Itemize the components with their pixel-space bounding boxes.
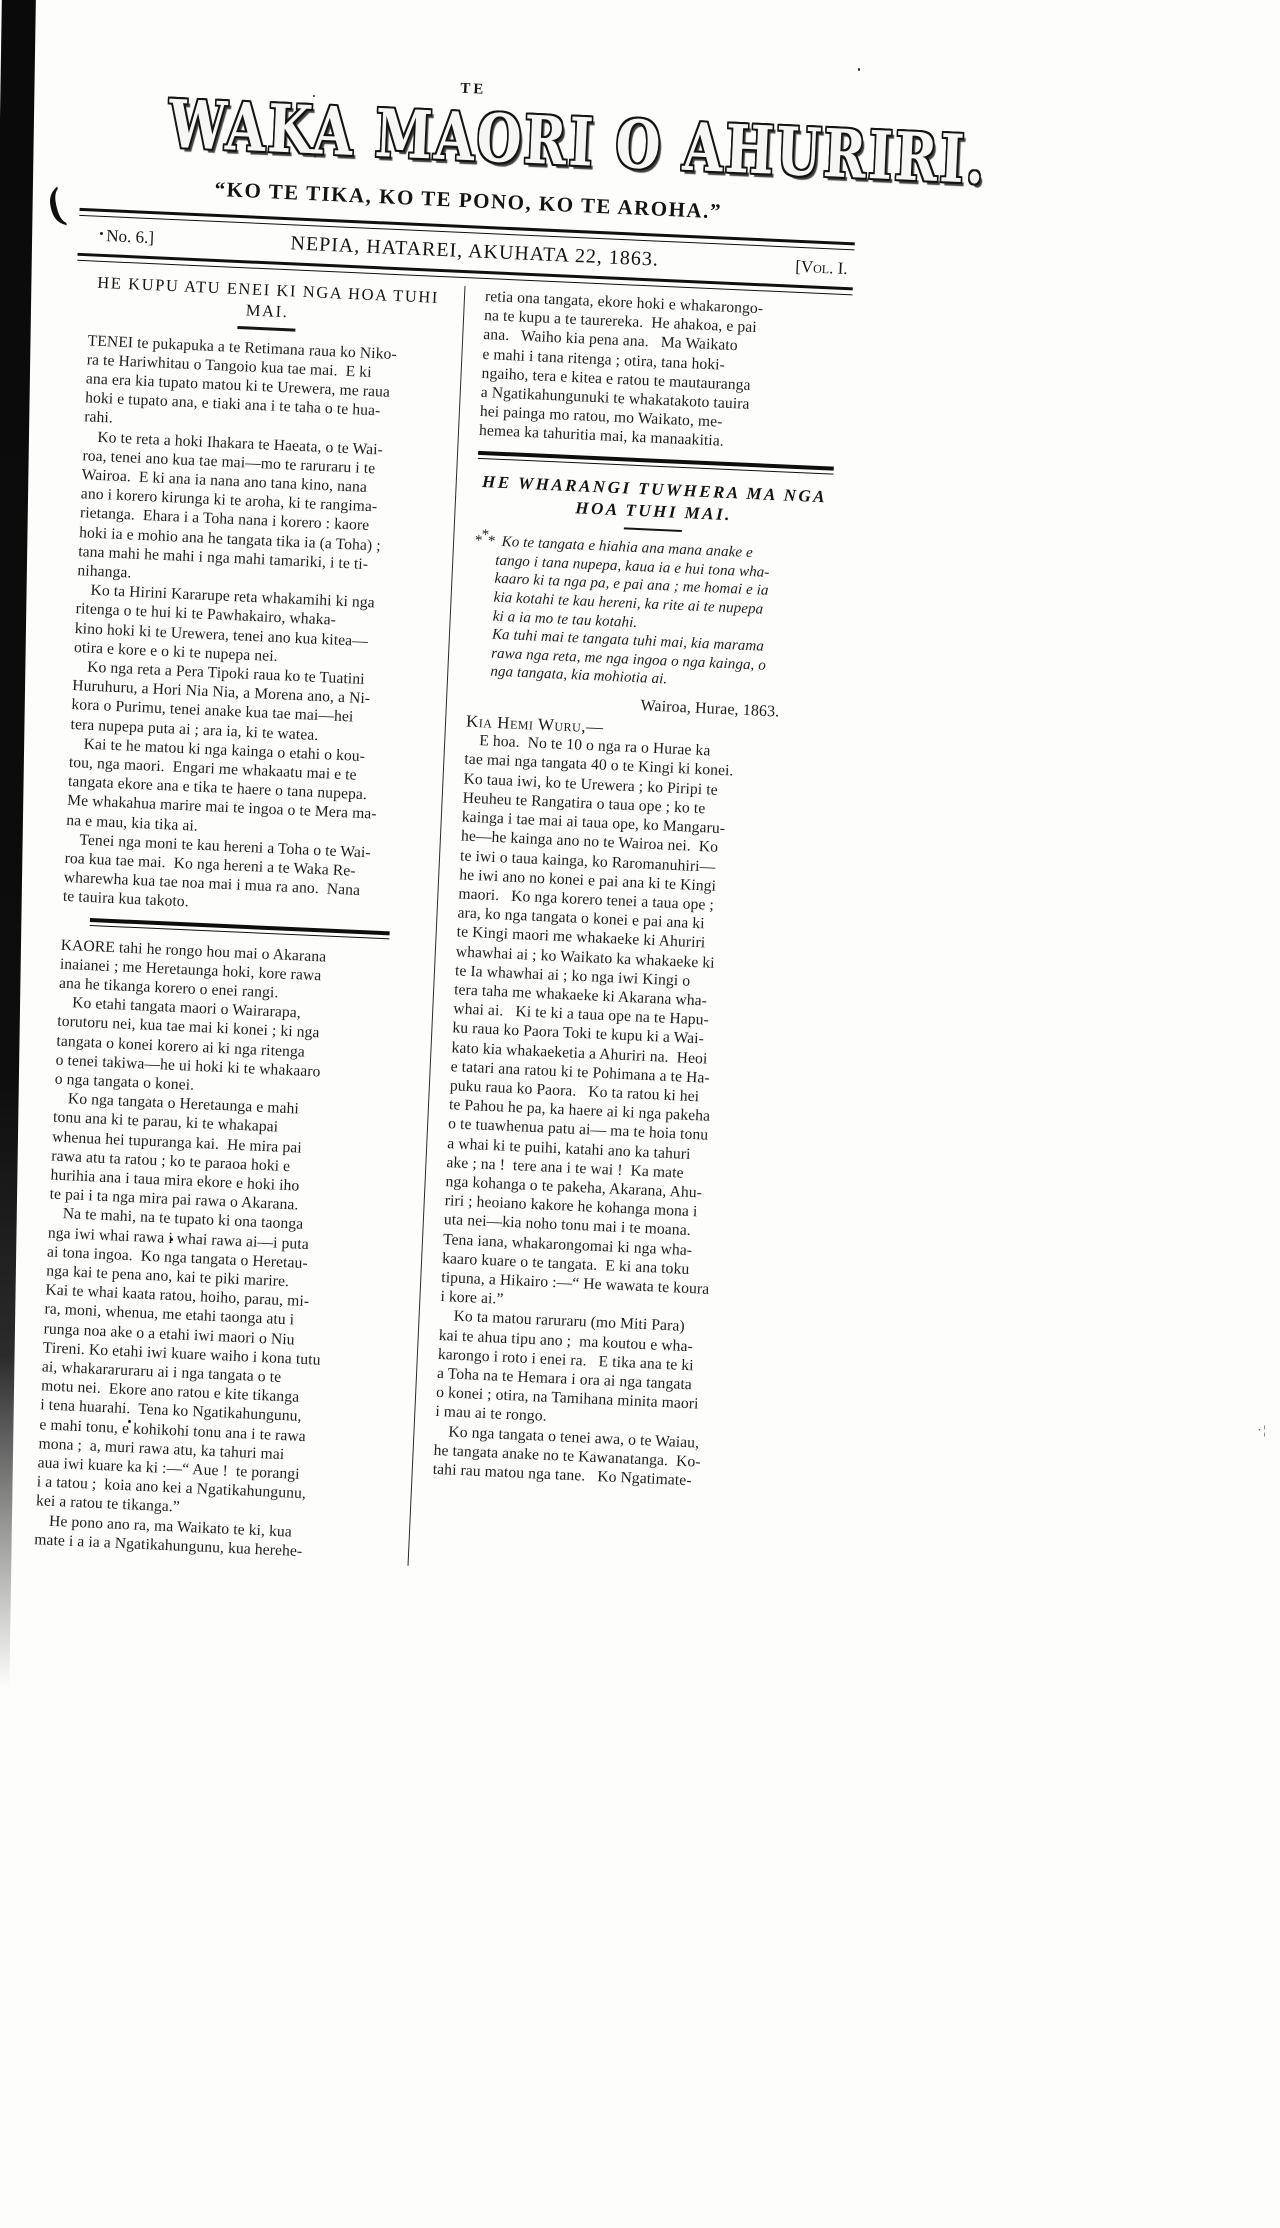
article1-paragraph: TENEI te pukapuka a te Retimana raua ko … [84,331,444,443]
left-column: HE KUPU ATU ENEI KI NGA HOA TUHIMAI. TEN… [34,269,447,1565]
article2-paragraph: Na te mahi, na te tupato ki ona taongang… [36,1204,405,1527]
newspaper-page: TE WAKA MAORI O AHURIRI. “KO TE TIKA, KO… [20,64,861,1583]
article2-paragraph: Ko nga tangata o Heretaunga e mahitonu a… [49,1089,410,1220]
continuation-paragraph: retia ona tangata, ekore hoki e whakaron… [479,287,841,456]
article1-paragraph: Tenei nga moni te kau hereni a Toha o te… [62,830,421,923]
article1-paragraph: Kai te he matou ki nga kainga o etahi o … [66,734,426,846]
ink-mark: ( [42,177,69,230]
scanned-newspaper-page: { "masthead": { "supertitle": "TE", "tit… [0,0,1280,2228]
heading-rule [624,527,682,532]
column-layout: HE KUPU ATU ENEI KI NGA HOA TUHIMAI. TEN… [20,269,852,1583]
letter-paragraph: E hoa. No te 10 o nga ra o Hurae katae m… [440,731,821,1322]
section-separator-rule [478,450,834,474]
heading-rule [237,326,295,331]
ink-speck [858,68,860,71]
letter-paragraph: Ko ta matou raruraru (mo Miti Para)kai t… [435,1306,796,1437]
right-column: retia ona tangata, ekore hoki e whakaron… [407,286,841,1583]
subscription-notice: ***Ko te tangata e hiahia ana mana anake… [470,532,830,641]
volume-number: [Vol. I. [795,257,848,279]
article1-paragraph: Ko te reta a hoki Ihakara te Haeata, o t… [77,427,439,596]
article1-heading: HE KUPU ATU ENEI KI NGA HOA TUHIMAI. [89,271,447,329]
margin-marks: ·¦ [1257,1422,1268,1438]
asterism-mark: *** [474,532,494,551]
issue-number: No. 6.] [106,226,155,248]
article-separator-rule [90,918,389,939]
article2-paragraph: Ko etahi tangata maori o Wairarapa,torut… [54,993,414,1105]
open-page-heading: HE WHARANGI TUWHERA MA NGAHOA TUHI MAI. [475,470,833,530]
